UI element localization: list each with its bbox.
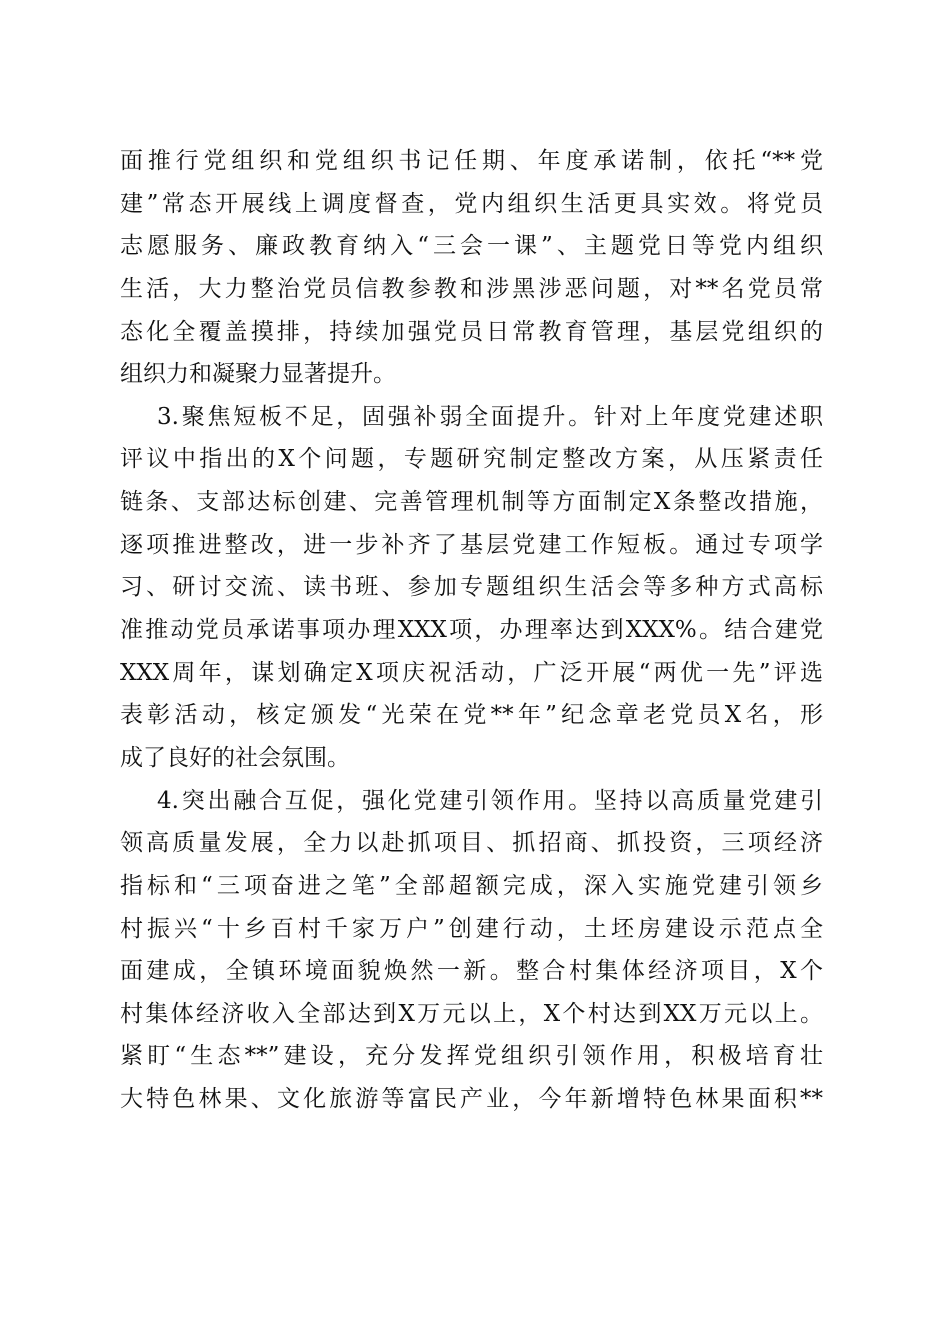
text-line: 志愿服务、廉政教育纳入“三会一课”、主题党日等党内组织 (120, 225, 823, 268)
text-line: 领高质量发展，全力以赴抓项目、抓招商、抓投资，三项经济 (120, 822, 823, 865)
paragraph-continued: 面推行党组织和党组织书记任期、年度承诺制，依托“**党 建”常态开展线上调度督查… (120, 140, 823, 396)
text-line: XXX周年，谋划确定X项庆祝活动，广泛开展“两优一先”评选 (120, 652, 823, 695)
text-line: 态化全覆盖摸排，持续加强党员日常教育管理，基层党组织的 (120, 311, 823, 354)
text-line: 建”常态开展线上调度督查，党内组织生活更具实效。将党员 (120, 183, 823, 226)
text-line: 成了良好的社会氛围。 (120, 737, 823, 780)
text-line: 村集体经济收入全部达到X万元以上，X个村达到XX万元以上。 (120, 993, 823, 1036)
text-line: 指标和“三项奋进之笔”全部超额完成，深入实施党建引领乡 (120, 865, 823, 908)
document-body: 面推行党组织和党组织书记任期、年度承诺制，依托“**党 建”常态开展线上调度督查… (120, 140, 823, 1121)
section-heading-line: 4.突出融合互促，强化党建引领作用。坚持以高质量党建引 (120, 780, 823, 823)
text-line: 紧盯“生态**”建设，充分发挥党组织引领作用，积极培育壮 (120, 1035, 823, 1078)
text-line: 生活，大力整治党员信教参教和涉黑涉恶问题，对**名党员常 (120, 268, 823, 311)
text-line: 面推行党组织和党组织书记任期、年度承诺制，依托“**党 (120, 140, 823, 183)
document-page: 面推行党组织和党组织书记任期、年度承诺制，依托“**党 建”常态开展线上调度督查… (0, 0, 950, 1344)
section-heading-line: 3.聚焦短板不足，固强补弱全面提升。针对上年度党建述职 (120, 396, 823, 439)
paragraph-section-3: 3.聚焦短板不足，固强补弱全面提升。针对上年度党建述职 评议中指出的X个问题，专… (120, 396, 823, 780)
text-line: 面建成，全镇环境面貌焕然一新。整合村集体经济项目，X个 (120, 950, 823, 993)
text-line: 大特色林果、文化旅游等富民产业，今年新增特色林果面积** (120, 1078, 823, 1121)
text-line: 链条、支部达标创建、完善管理机制等方面制定X条整改措施， (120, 481, 823, 524)
text-line: 评议中指出的X个问题，专题研究制定整改方案，从压紧责任 (120, 438, 823, 481)
text-line: 逐项推进整改，进一步补齐了基层党建工作短板。通过专项学 (120, 524, 823, 567)
text-line: 表彰活动，核定颁发“光荣在党**年”纪念章老党员X名，形 (120, 694, 823, 737)
text-line: 村振兴“十乡百村千家万户”创建行动，土坯房建设示范点全 (120, 908, 823, 951)
paragraph-section-4: 4.突出融合互促，强化党建引领作用。坚持以高质量党建引 领高质量发展，全力以赴抓… (120, 780, 823, 1121)
text-line: 组织力和凝聚力显著提升。 (120, 353, 823, 396)
text-line: 准推动党员承诺事项办理XXX项，办理率达到XXX%。结合建党 (120, 609, 823, 652)
text-line: 习、研讨交流、读书班、参加专题组织生活会等多种方式高标 (120, 566, 823, 609)
